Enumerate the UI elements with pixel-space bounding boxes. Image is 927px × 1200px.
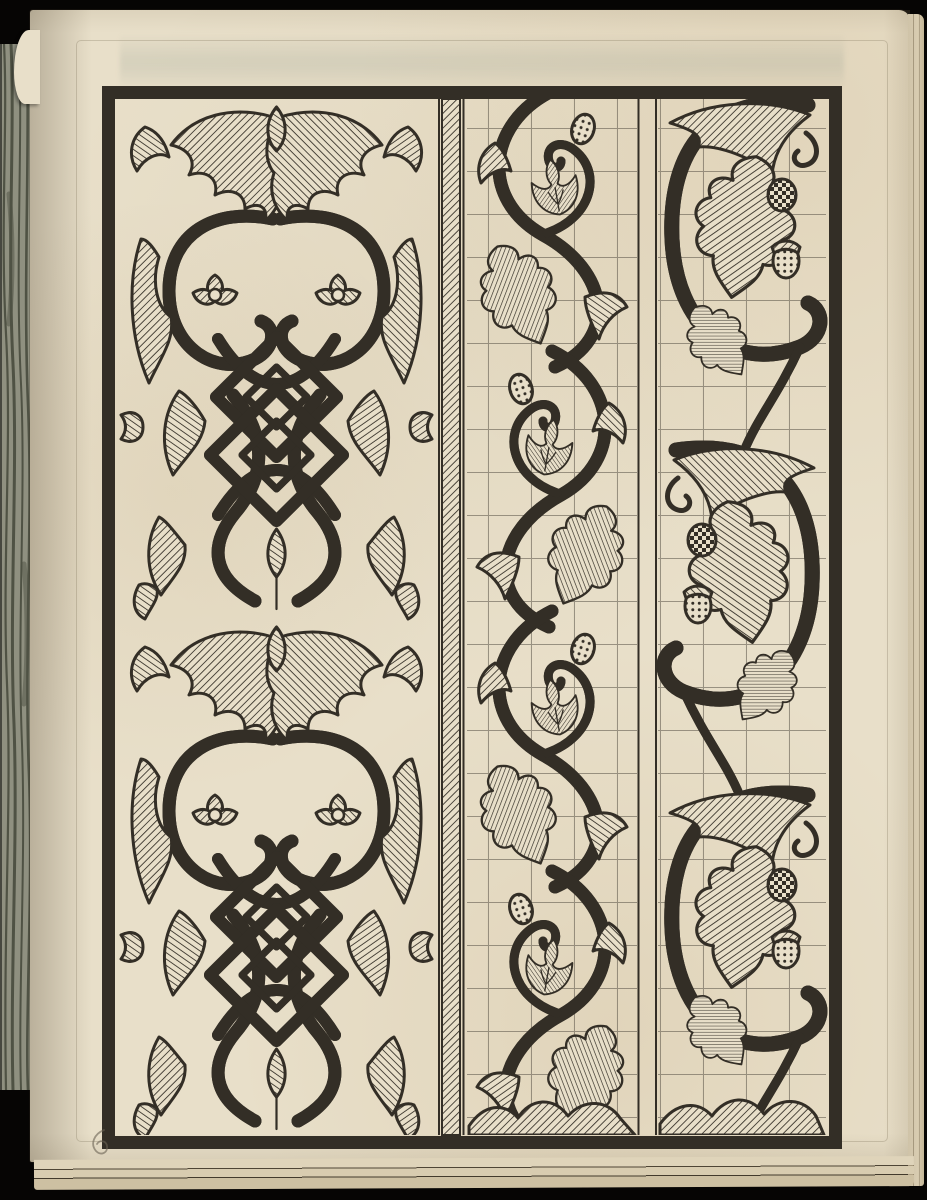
page-stack-right-edge [908, 14, 924, 1186]
ground-mound [660, 1100, 824, 1135]
page-corner-curl [14, 30, 40, 104]
book-page [30, 10, 910, 1162]
scroll-rosette [193, 275, 237, 304]
pencil-mark [88, 1128, 114, 1156]
divider-plain-rule [639, 99, 657, 1135]
woodcut-plate [102, 86, 842, 1152]
ground-mound [469, 1102, 635, 1135]
divider-hatched-bar [439, 99, 464, 1135]
spine-woodgrain-pattern [0, 44, 34, 1090]
book-spine [0, 44, 34, 1090]
panel-interlace-strapwork [121, 107, 432, 1139]
page-stack-bottom-edge [34, 1156, 914, 1190]
photo-background [0, 0, 927, 1200]
